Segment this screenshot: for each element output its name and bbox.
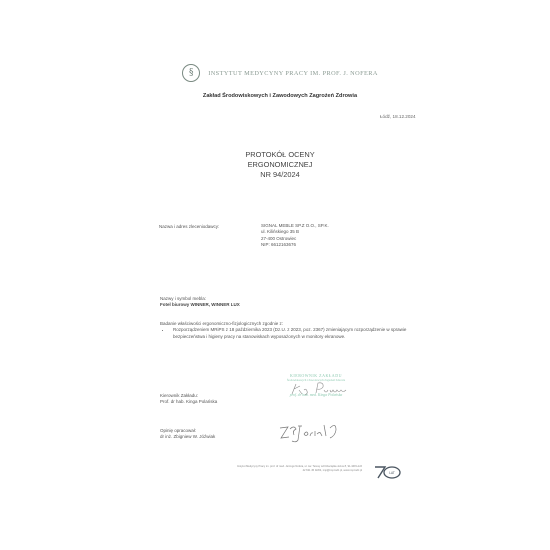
opinion-author: Opinię opracował: dr inż. Zbigniew W. Jó… bbox=[160, 428, 215, 441]
date-line: Łódź, 18.12.2024 bbox=[380, 114, 416, 119]
opinion-name: dr inż. Zbigniew W. Jóźwiak bbox=[160, 434, 215, 440]
footer-line-2: 42 631 45 02/04, imp@imp.lodz.pl, www.im… bbox=[162, 469, 362, 473]
furniture-section: Nazwy i symbol mebla: Fotel biurowy WINN… bbox=[160, 296, 240, 309]
client-details: SIGNAL MEBLE SP.Z O.O., SP.K. ul. Kilińs… bbox=[261, 223, 329, 249]
badge-text: LAT bbox=[389, 471, 395, 475]
institute-row: § Instytut Medycyny Pracy im. prof. J. N… bbox=[150, 64, 410, 82]
signature-head-of-lab bbox=[290, 380, 354, 398]
institute-name: Instytut Medycyny Pracy im. prof. J. Nof… bbox=[208, 70, 378, 77]
footer-address: Instytut Medycyny Pracy im. prof. dr med… bbox=[162, 465, 362, 473]
signature-author bbox=[278, 420, 348, 444]
department-name: Zakład Środowiskowych i Zawodowych Zagro… bbox=[150, 93, 410, 99]
client-label: Nazwa i adres zleceniodawcy: bbox=[159, 224, 219, 230]
client-nip: NIP: 6612163676 bbox=[261, 242, 329, 248]
study-list: Rozporządzeniem MRiPS z 18 października … bbox=[160, 327, 410, 340]
title-line-2: ERGONOMICZNEJ bbox=[220, 160, 340, 170]
title-line-1: PROTOKÓŁ OCENY bbox=[220, 150, 340, 160]
aesculapius-emblem-icon: § bbox=[182, 64, 200, 82]
head-of-lab: Kierownik Zakładu: Prof. dr hab. Kinga P… bbox=[160, 393, 217, 406]
stamp-line-1: KIEROWNIK ZAKŁADU bbox=[276, 373, 356, 378]
title-line-3: NR 94/2024 bbox=[220, 170, 340, 180]
letterhead: § Instytut Medycyny Pracy im. prof. J. N… bbox=[150, 64, 410, 99]
study-item: Rozporządzeniem MRiPS z 18 października … bbox=[171, 327, 410, 340]
document-title: PROTOKÓŁ OCENY ERGONOMICZNEJ NR 94/2024 bbox=[220, 150, 340, 180]
head-of-lab-name: Prof. dr hab. Kinga Polańska bbox=[160, 399, 217, 405]
document-page: § Instytut Medycyny Pracy im. prof. J. N… bbox=[0, 0, 550, 550]
anniversary-70-badge-icon: LAT bbox=[373, 464, 403, 480]
study-section: Badanie właściwości ergonomiczno-fizjolo… bbox=[160, 321, 410, 340]
furniture-value: Fotel biurowy WINNER, WINNER LUX bbox=[160, 302, 240, 308]
